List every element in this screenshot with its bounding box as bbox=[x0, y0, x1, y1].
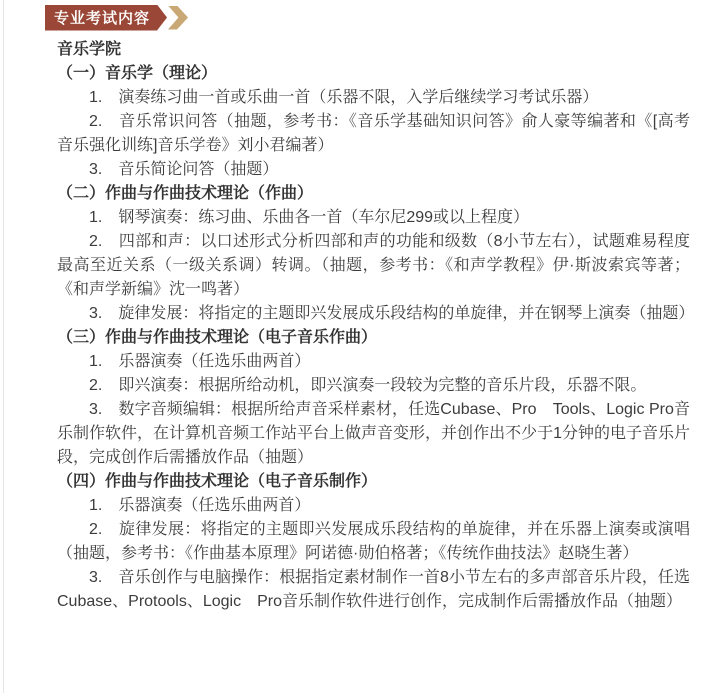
exam-item: 1. 乐器演奏（任选乐曲两首） bbox=[57, 350, 690, 374]
exam-item: 2. 旋律发展：将指定的主题即兴发展成乐段结构的单旋律，并在乐器上演奏或演唱（抽… bbox=[57, 518, 690, 566]
section-heading: （一）音乐学（理论） bbox=[57, 62, 690, 86]
page: 专业考试内容 音乐学院 （一）音乐学（理论） 1. 演奏练习曲一首或乐曲一首（乐… bbox=[0, 0, 721, 693]
left-border-rule bbox=[3, 0, 4, 693]
section-heading: （四）作曲与作曲技术理论（电子音乐制作） bbox=[57, 470, 690, 494]
section-header: 专业考试内容 bbox=[45, 4, 721, 31]
college-title: 音乐学院 bbox=[57, 38, 690, 62]
exam-item: 3. 数字音频编辑：根据所给声音采样素材，任选Cubase、Pro Tools、… bbox=[57, 398, 690, 470]
exam-item: 1. 演奏练习曲一首或乐曲一首（乐器不限，入学后继续学习考试乐器） bbox=[57, 86, 690, 110]
document-body: 音乐学院 （一）音乐学（理论） 1. 演奏练习曲一首或乐曲一首（乐器不限，入学后… bbox=[57, 38, 690, 614]
exam-item: 3. 音乐创作与电脑操作：根据指定素材制作一首8小节左右的多声部音乐片段，任选C… bbox=[57, 566, 690, 614]
exam-content-badge: 专业考试内容 bbox=[45, 5, 167, 31]
exam-item: 3. 音乐简论问答（抽题） bbox=[57, 158, 690, 182]
exam-item: 2. 即兴演奏：根据所给动机，即兴演奏一段较为完整的音乐片段，乐器不限。 bbox=[57, 374, 690, 398]
exam-item: 1. 乐器演奏（任选乐曲两首） bbox=[57, 494, 690, 518]
chevron-right-icon bbox=[168, 6, 188, 30]
section-electronic-music-production: （四）作曲与作曲技术理论（电子音乐制作） 1. 乐器演奏（任选乐曲两首） 2. … bbox=[57, 470, 690, 614]
section-heading: （三）作曲与作曲技术理论（电子音乐作曲） bbox=[57, 326, 690, 350]
exam-item: 1. 钢琴演奏：练习曲、乐曲各一首（车尔尼299或以上程度） bbox=[57, 206, 690, 230]
section-electronic-music-composition: （三）作曲与作曲技术理论（电子音乐作曲） 1. 乐器演奏（任选乐曲两首） 2. … bbox=[57, 326, 690, 470]
exam-item: 2. 四部和声：以口述形式分析四部和声的功能和级数（8小节左右），试题难易程度最… bbox=[57, 230, 690, 302]
badge-label: 专业考试内容 bbox=[54, 7, 150, 28]
section-composition: （二）作曲与作曲技术理论（作曲） 1. 钢琴演奏：练习曲、乐曲各一首（车尔尼29… bbox=[57, 182, 690, 326]
section-musicology: （一）音乐学（理论） 1. 演奏练习曲一首或乐曲一首（乐器不限，入学后继续学习考… bbox=[57, 62, 690, 182]
exam-item: 2. 音乐常识问答（抽题，参考书：《音乐学基础知识问答》俞人豪等编著和《[高考音… bbox=[57, 110, 690, 158]
section-heading: （二）作曲与作曲技术理论（作曲） bbox=[57, 182, 690, 206]
exam-item: 3. 旋律发展：将指定的主题即兴发展成乐段结构的单旋律，并在钢琴上演奏（抽题） bbox=[57, 302, 690, 326]
